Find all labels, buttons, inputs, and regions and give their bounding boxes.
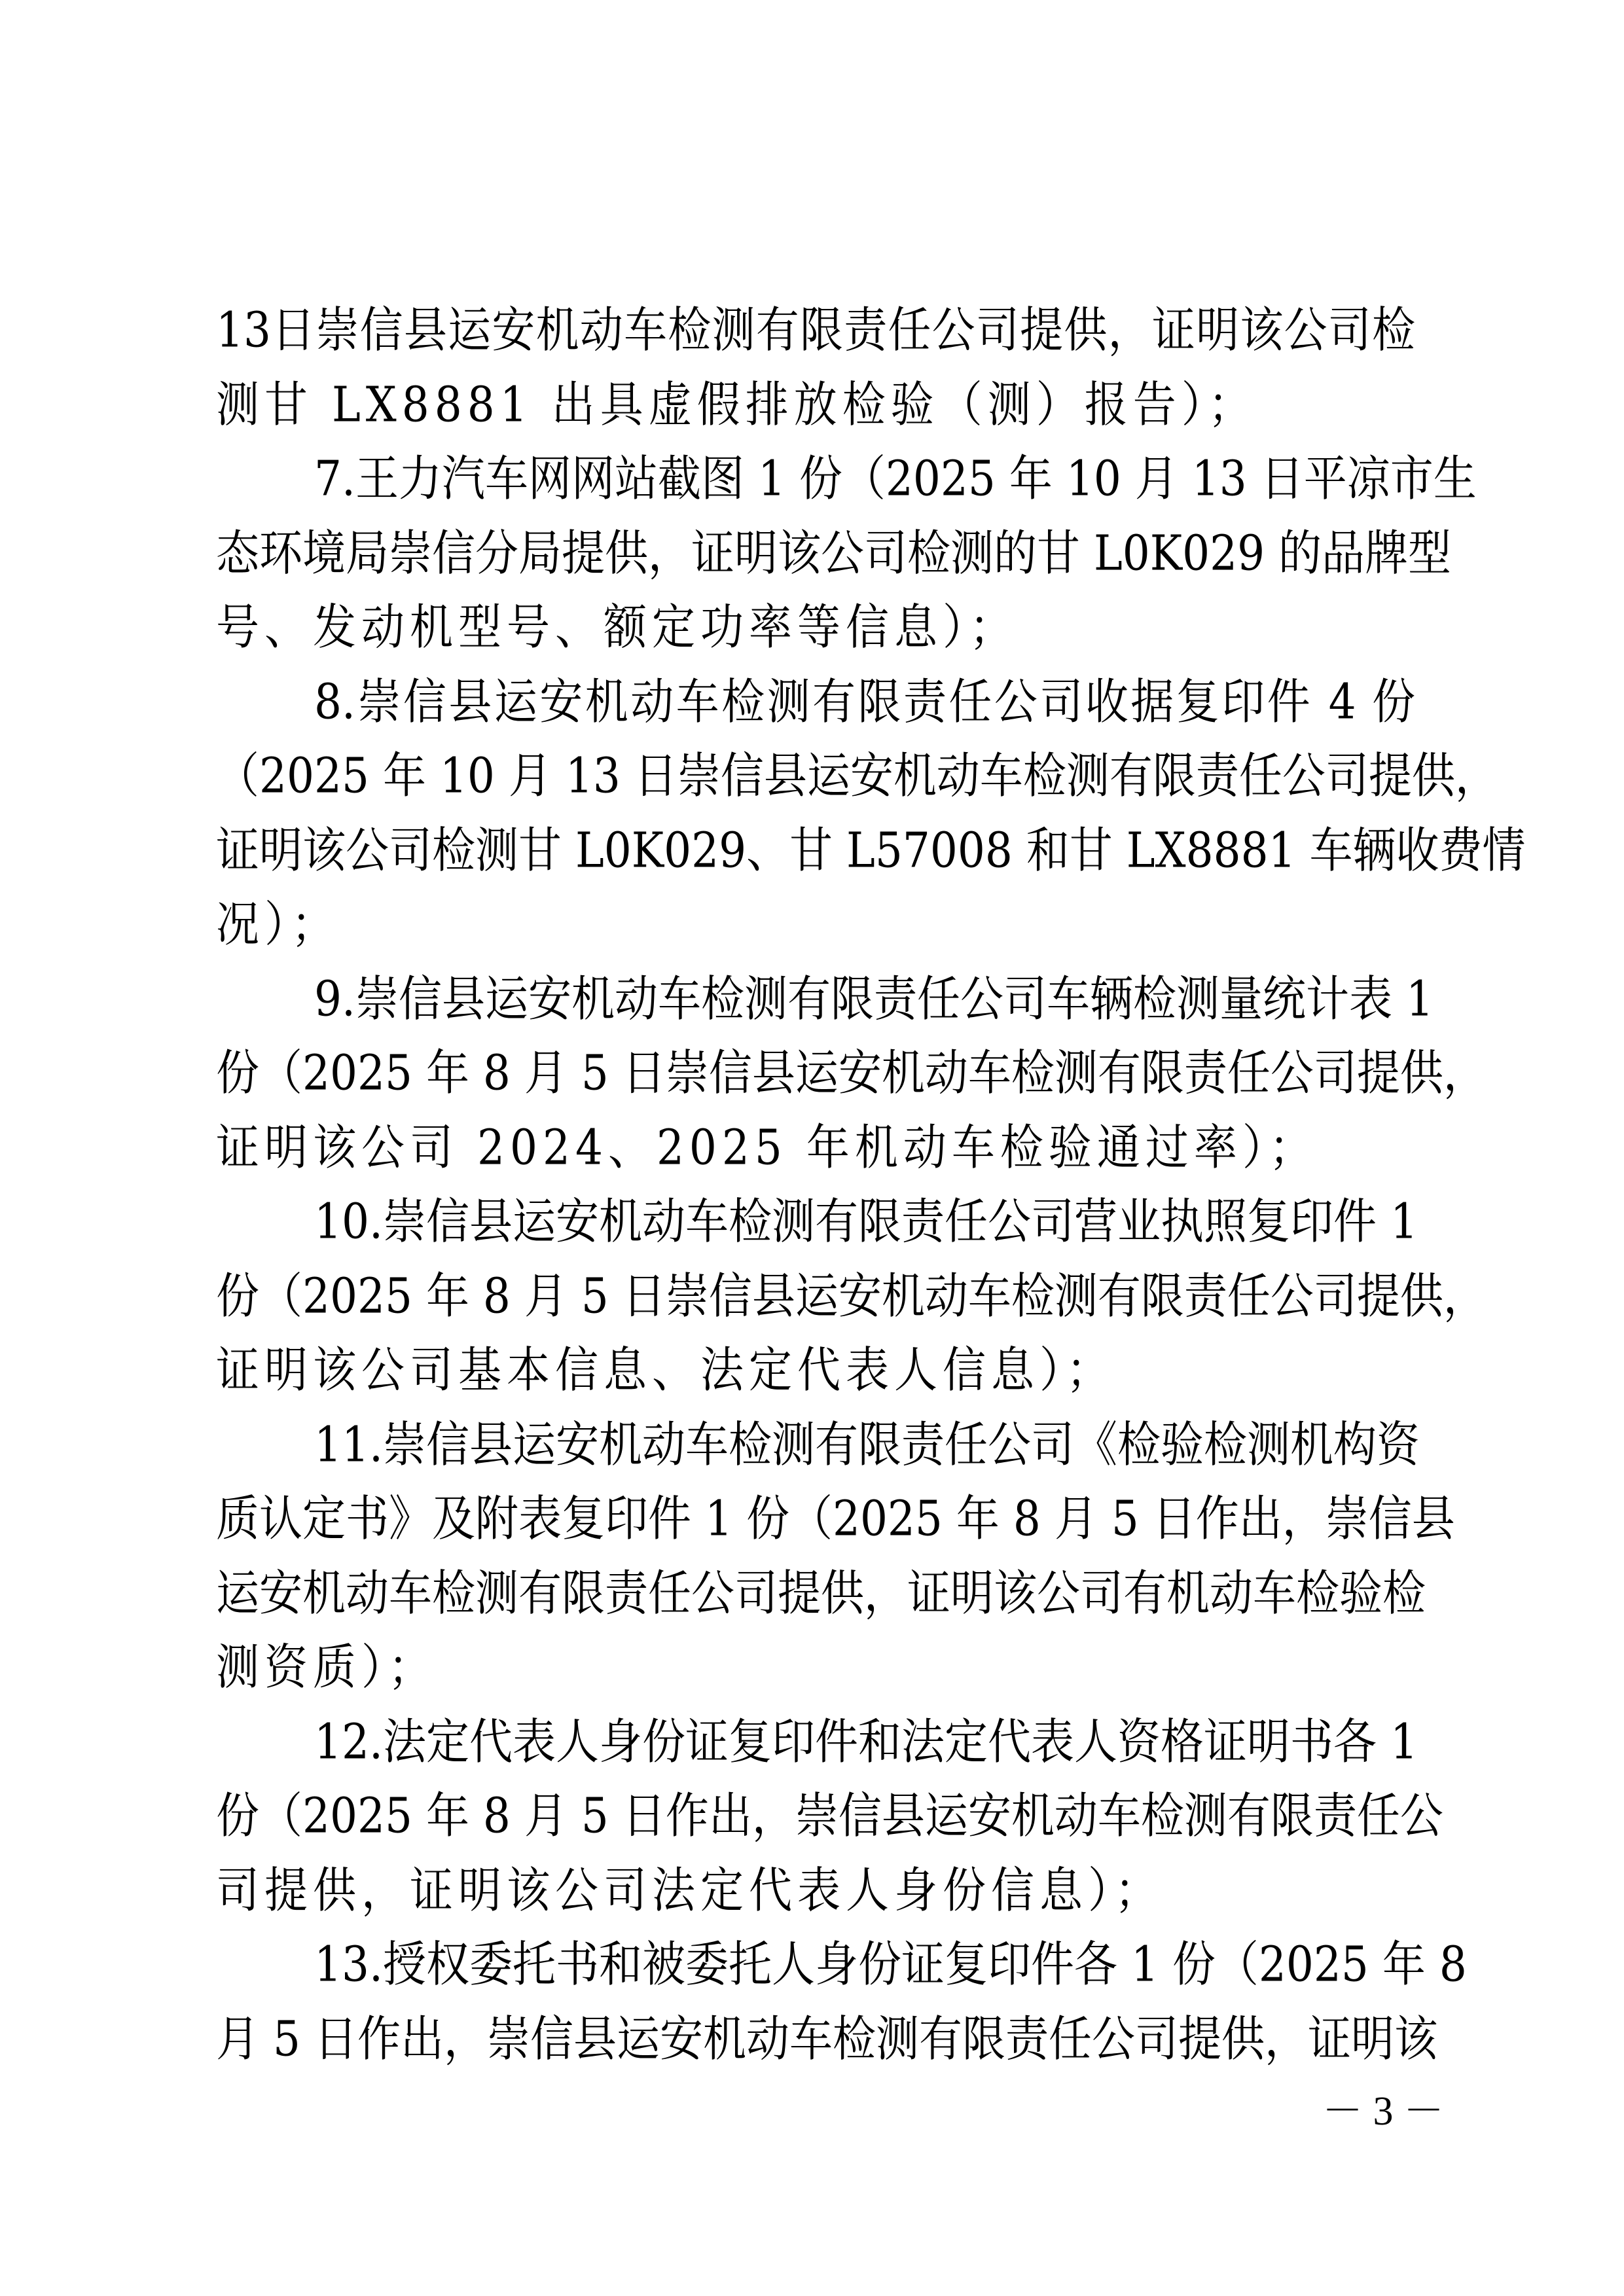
text-line: 份（2025 年 8 月 5 日崇信县运安机动车检测有限责任公司提供， (216, 1031, 1415, 1115)
text-line: 9.崇信县运安机动车检测有限责任公司车辆检测量统计表 1 (216, 958, 1415, 1041)
text-line: 测资质）； (216, 1626, 1415, 1709)
text-line: 13日崇信县运安机动车检测有限责任公司提供，证明该公司检 (216, 289, 1415, 372)
paragraph-item-9: 9.崇信县运安机动车检测有限责任公司车辆检测量统计表 1 份（2025 年 8 … (216, 962, 1415, 1185)
paragraph-item-11: 11.崇信县运安机动车检测有限责任公司《检验检测机构资 质认定书》及附表复印件 … (216, 1408, 1415, 1705)
document-body: 13日崇信县运安机动车检测有限责任公司提供，证明该公司检 测甘 LX8881 出… (216, 293, 1415, 2076)
text-line: 态环境局崇信分局提供，证明该公司检测的甘 L0K029 的品牌型 (216, 512, 1415, 595)
text-line: 13.授权委托书和被委托人身份证复印件各 1 份（2025 年 8 (216, 1923, 1415, 2006)
text-line: 质认定书》及附表复印件 1 份（2025 年 8 月 5 日作出，崇信县 (216, 1477, 1415, 1560)
paragraph-item-12: 12.法定代表人身份证复印件和法定代表人资格证明书各 1 份（2025 年 8 … (216, 1705, 1415, 1928)
paragraph-item-13: 13.授权委托书和被委托人身份证复印件各 1 份（2025 年 8 月 5 日作… (216, 1928, 1415, 2076)
text-line: 份（2025 年 8 月 5 日作出，崇信县运安机动车检测有限责任公 (216, 1774, 1415, 1857)
text-line: 11.崇信县运安机动车检测有限责任公司《检验检测机构资 (216, 1403, 1415, 1486)
text-line: 号、发动机型号、额定功率等信息）； (216, 586, 1415, 669)
page-number: － 3 － (1322, 2085, 1420, 2138)
text-line: 况）； (216, 883, 1415, 966)
text-line: 12.法定代表人身份证复印件和法定代表人资格证明书各 1 (216, 1700, 1415, 1784)
text-line: 运安机动车检测有限责任公司提供，证明该公司有机动车检验检 (216, 1552, 1415, 1635)
text-line: （2025 年 10 月 13 日崇信县运安机动车检测有限责任公司提供， (216, 734, 1415, 817)
text-line: 司提供，证明该公司法定代表人身份信息）； (216, 1849, 1415, 1932)
text-line: 8.崇信县运安机动车检测有限责任公司收据复印件 4 份 (216, 660, 1415, 744)
text-line: 证明该公司检测甘 L0K029、甘 L57008 和甘 LX8881 车辆收费情 (216, 809, 1415, 892)
paragraph-item-10: 10.崇信县运安机动车检测有限责任公司营业执照复印件 1 份（2025 年 8 … (216, 1185, 1415, 1408)
text-line: 测甘 LX8881 出具虚假排放检验（测）报告）； (216, 363, 1415, 446)
paragraph-item-7: 7.王力汽车网网站截图 1 份（2025 年 10 月 13 日平凉市生 态环境… (216, 442, 1415, 665)
text-line: 10.崇信县运安机动车检测有限责任公司营业执照复印件 1 (216, 1180, 1415, 1263)
text-line: 证明该公司 2024、2025 年机动车检验通过率）； (216, 1106, 1415, 1189)
text-line: 月 5 日作出，崇信县运安机动车检测有限责任公司提供，证明该 (216, 1998, 1415, 2081)
text-line: 证明该公司基本信息、法定代表人信息）； (216, 1329, 1415, 1412)
paragraph-item-8: 8.崇信县运安机动车检测有限责任公司收据复印件 4 份 （2025 年 10 月… (216, 665, 1415, 962)
text-line: 7.王力汽车网网站截图 1 份（2025 年 10 月 13 日平凉市生 (216, 437, 1415, 520)
paragraph-item-6-continued: 13日崇信县运安机动车检测有限责任公司提供，证明该公司检 测甘 LX8881 出… (216, 293, 1415, 442)
text-line: 份（2025 年 8 月 5 日崇信县运安机动车检测有限责任公司提供， (216, 1255, 1415, 1338)
